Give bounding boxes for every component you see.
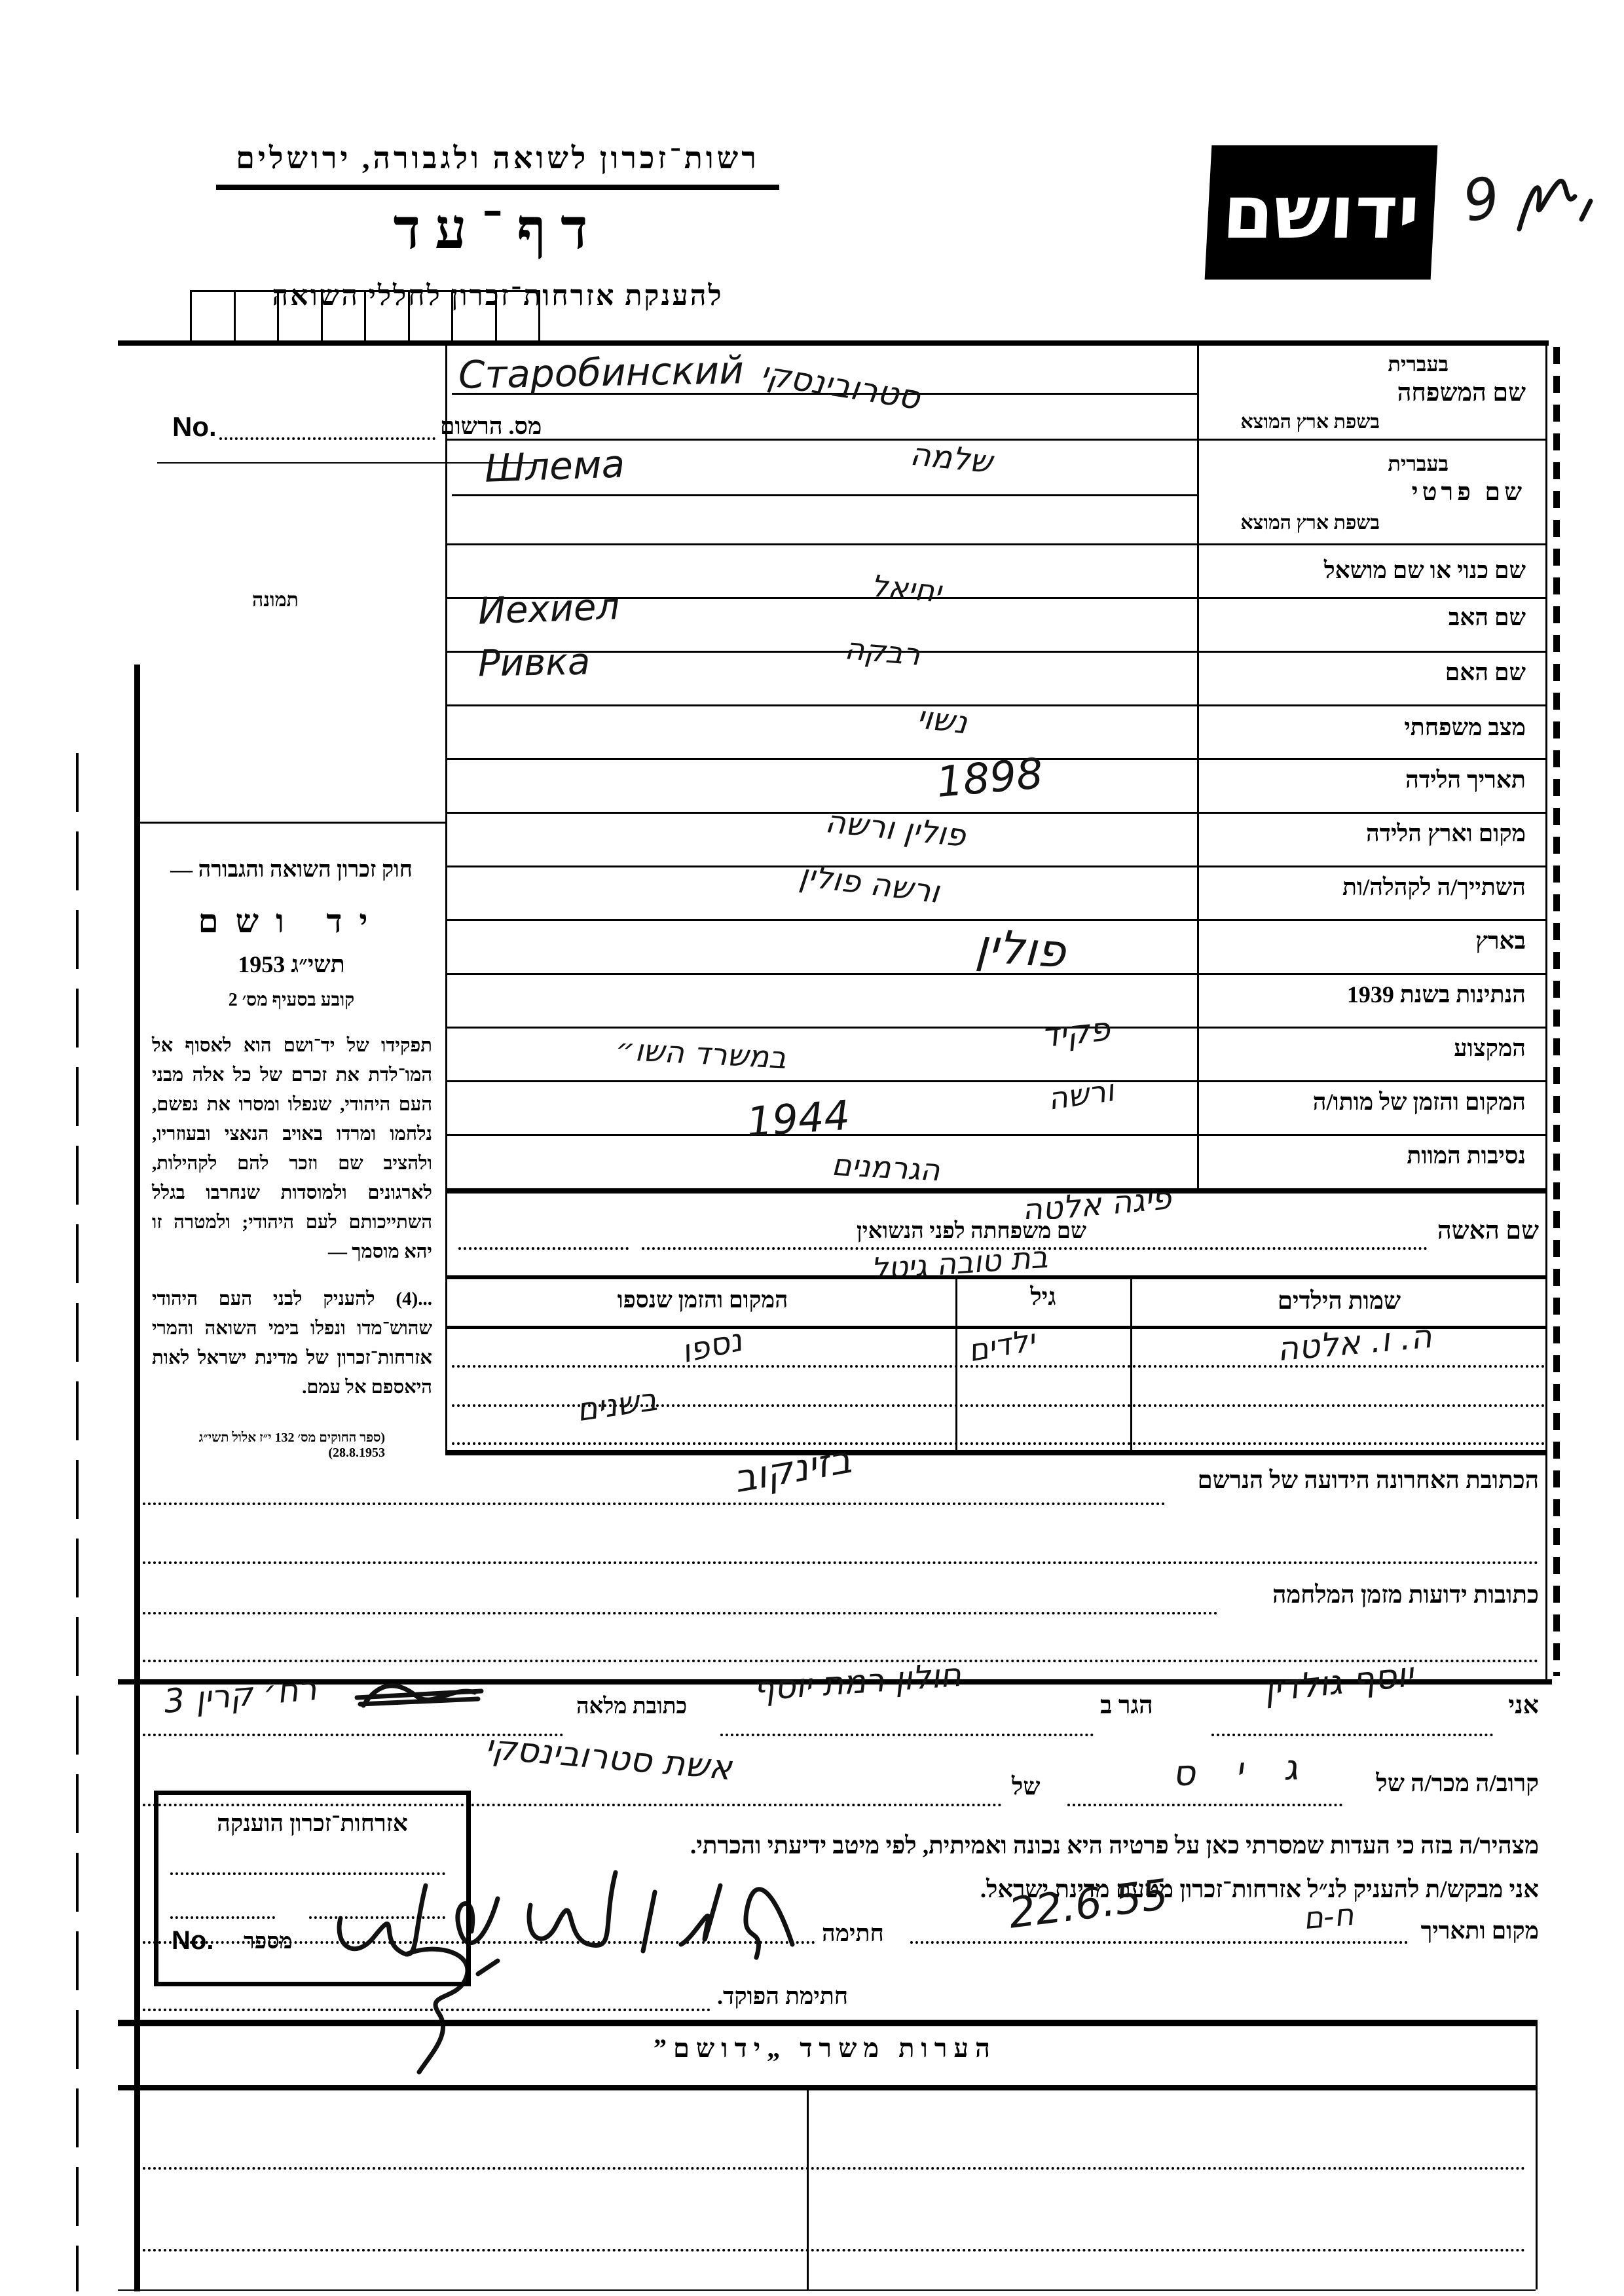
testimony-page-scan: רשות־זכרון לשואה ולגבורה, ירושלים דף־עד … — [0, 0, 1624, 2296]
struck-out-scribble — [354, 1666, 485, 1725]
hw-last-address: בזינקוב — [730, 1437, 854, 1501]
field-label-first: שם פרטי — [1412, 478, 1526, 507]
row-line — [445, 543, 1545, 545]
field-label-family-sub: בשפת ארץ המוצא — [1240, 411, 1380, 433]
row-line — [445, 1080, 1545, 1082]
hw-citizenship: פולין — [974, 919, 1067, 978]
footer-notes-line — [138, 2167, 1526, 2170]
photo-bottom-line — [136, 822, 445, 824]
hw-mother-original: Ривка — [477, 641, 590, 685]
law-paragraph-2: ...(4) להעניק לבני העם היהודי שהוש־מדו ו… — [152, 1285, 432, 1402]
hw-death-place: ורשה — [1046, 1072, 1116, 1117]
declaration-resident-label: הגר ב — [1100, 1691, 1153, 1720]
law-footnote: (ספר החוקים מס׳ 132 י״ז אלול תשי״ג 28.8.… — [149, 1430, 385, 1461]
children-col-place: המקום והזמן שנספו — [452, 1287, 953, 1313]
law-paragraph-1: תפקידו של יד־ושם הוא לאסוף אל המו־לדת את… — [152, 1031, 432, 1267]
declaration-statement: מצהיר/ה בזה כי העדות שמסרתי כאן על פרטיה… — [690, 1832, 1539, 1860]
children-table-top-line — [445, 1275, 1545, 1279]
grant-box-dotted-1 — [170, 1872, 445, 1875]
form-label-divider — [1197, 340, 1199, 1188]
corner-scribble — [1506, 157, 1604, 249]
row-line — [445, 866, 1545, 867]
law-name: יד ושם — [154, 902, 429, 940]
field-label-citizenship: הנתינות בשנת 1939 — [1347, 981, 1526, 1008]
law-title: חוק זכרון השואה והגבורה — — [154, 858, 429, 883]
form-left-divider — [445, 340, 447, 1450]
office-notes-title: הערות משרד „ידושם” — [576, 2033, 1074, 2064]
field-label-family-lang: בעברית — [1388, 352, 1449, 376]
field-label-marital: מצב משפחתי — [1404, 714, 1526, 741]
wife-maiden-label: שם משפחתה לפני הנשואין — [851, 1219, 1092, 1244]
yad-vashem-logo: ידושם — [1205, 145, 1438, 280]
hw-wife-maiden-name: בת טובה גיטל — [870, 1239, 1048, 1287]
hw-children-age: ילדים — [965, 1322, 1037, 1369]
field-label-birth-place: מקום וארץ הלידה — [1366, 820, 1526, 847]
form-right-border — [1545, 340, 1547, 1679]
declaration-relative-label: קרוב/ה מכר/ה של — [1376, 1770, 1539, 1798]
hw-children-names: ה. ו. אלטה — [1276, 1317, 1433, 1368]
war-address-dotted-2 — [138, 1660, 1539, 1662]
form-title: דף־עד — [308, 196, 688, 262]
footer-top-line — [118, 2020, 1536, 2026]
field-label-nickname: שם כנוי או שם מושאל — [1324, 556, 1526, 584]
declaration-dotted — [1067, 1804, 1342, 1806]
registration-reg-label: מס. הרשום — [440, 412, 542, 440]
grant-box-dotted-3 — [170, 1916, 275, 1919]
grant-box-dotted-2 — [309, 1916, 445, 1919]
row-line — [445, 439, 1545, 441]
hw-family-hebrew: סטרובינסקי — [758, 354, 923, 417]
registration-no-label: No. — [172, 411, 217, 443]
hw-first-original: Шлема — [484, 441, 625, 490]
declaration-full-address-label: כתובת מלאה — [576, 1694, 687, 1719]
hw-birth-date: 1898 — [934, 750, 1045, 807]
place-date-dotted — [910, 1941, 1408, 1944]
hw-father-original: Иехиел — [477, 585, 620, 633]
grant-box-title: אזרחות־זכרון הוענקה — [158, 1810, 466, 1837]
row-line — [445, 1027, 1545, 1029]
sidebar-left-bar — [134, 665, 140, 2291]
footer-notes-line — [138, 2249, 1526, 2251]
photo-label: תמונה — [252, 589, 299, 611]
grant-box-number-label: מספר — [244, 1929, 293, 1954]
hw-profession-left: במשרד השו״ — [615, 1031, 787, 1076]
declaration-dotted — [1211, 1734, 1493, 1736]
hw-birth-place: פולין ורשה — [824, 803, 968, 854]
field-label-circumstances: נסיבות המוות — [1407, 1142, 1526, 1169]
registration-dotted-line — [219, 437, 435, 440]
hw-residence: חולון רמת יוסף — [752, 1656, 962, 1708]
footer-bottom-line — [118, 2289, 1536, 2291]
signature-label: חתימה — [822, 1920, 884, 1947]
field-label-family: שם המשפחה — [1397, 378, 1526, 407]
last-address-label: הכתובת האחרונה הידועה של הנרשם — [1198, 1467, 1539, 1495]
law-clause: קובע בסעיף מס׳ 2 — [154, 990, 429, 1011]
row-line — [445, 704, 1545, 706]
last-address-dotted-1 — [138, 1503, 1166, 1505]
field-label-in-country: בארץ — [1475, 927, 1526, 955]
law-year: תשי״ג 1953 — [154, 951, 429, 978]
declaration-dotted — [720, 1734, 1094, 1736]
children-row-line — [452, 1365, 1545, 1368]
grant-box-no-label: No. — [172, 1926, 213, 1956]
children-table-bottom-line — [445, 1450, 1545, 1455]
registration-digit-boxes — [190, 290, 540, 344]
official-signature-label: חתימת הפוקד. — [717, 1982, 848, 2010]
row-line — [445, 651, 1545, 653]
hw-death-circumstances: הגרמנים — [831, 1147, 941, 1188]
children-col-divider-1 — [1130, 1275, 1132, 1450]
row-line — [445, 812, 1545, 814]
field-label-death: המקום והזמן של מותו/ה — [1313, 1088, 1526, 1116]
place-date-label: מקום ותאריך — [1421, 1917, 1539, 1944]
hw-family-original: Старобинский — [458, 348, 744, 397]
wife-section-top-line — [445, 1188, 1545, 1194]
field-label-profession: המקצוע — [1454, 1034, 1526, 1062]
hw-children-place-1: נספו — [678, 1322, 745, 1370]
hw-children-place-2: בשנים — [574, 1381, 659, 1429]
writing-line — [452, 494, 1197, 496]
declaration-i-label: אני — [1508, 1691, 1539, 1720]
war-address-label: כתובות ידועות מזמן המלחמה — [1272, 1581, 1539, 1609]
field-label-mother: שם האם — [1445, 659, 1526, 686]
authority-line: רשות־זכרון לשואה ולגבורה, ירושלים — [216, 141, 779, 190]
footer-second-line — [118, 2085, 1536, 2090]
hw-full-address: רח׳ קרין 3 — [162, 1669, 318, 1721]
left-edge-artifact — [76, 753, 79, 2291]
footer-center-divider — [807, 2085, 809, 2289]
hw-death-year: 1944 — [745, 1091, 852, 1146]
field-label-father: שם האב — [1449, 604, 1526, 631]
handwritten-corner-note: 9 — [1458, 164, 1505, 235]
children-col-divider-2 — [955, 1275, 957, 1450]
declaration-of-label: של — [1012, 1773, 1041, 1801]
hw-first-hebrew: שלמה — [908, 436, 993, 481]
grant-box: אזרחות־זכרון הוענקה No. מספר — [154, 1791, 471, 1986]
hw-marital-status: נשוי — [915, 699, 969, 742]
wife-label: שם האשה — [1437, 1216, 1539, 1245]
wife-dotted-line-left — [458, 1247, 629, 1250]
footer-right-border — [1536, 2020, 1538, 2289]
war-address-dotted-1 — [138, 1612, 1218, 1614]
logo-text: ידושם — [1221, 170, 1422, 255]
hw-declarant-name: יוסף גולדין — [1262, 1655, 1415, 1710]
row-line — [445, 1134, 1545, 1136]
hw-profession-right: פקיד — [1039, 1010, 1112, 1055]
hw-of-whom: אשת סטרובינסקי — [483, 1728, 733, 1789]
hw-mother-hebrew: רבקה — [843, 630, 922, 672]
children-col-age: גיל — [957, 1283, 1129, 1311]
field-label-community: השתייך/ה לקהלה/ות — [1342, 873, 1526, 901]
field-label-first-lang: בעברית — [1388, 452, 1449, 476]
hw-relation: ג י ס — [1171, 1745, 1313, 1794]
hw-father-hebrew: יחיאל — [870, 568, 943, 609]
last-address-dotted-2 — [138, 1561, 1539, 1564]
children-col-names: שמות הילדים — [1133, 1287, 1545, 1315]
right-edge-artifact — [1553, 347, 1560, 1676]
children-row-line — [452, 1442, 1545, 1445]
registration-underline — [157, 462, 537, 464]
field-label-first-sub: בשפת ארץ המוצא — [1240, 512, 1380, 534]
hw-place: ח-ם — [1302, 1897, 1356, 1937]
field-label-birth-date: תאריך הלידה — [1405, 766, 1526, 793]
